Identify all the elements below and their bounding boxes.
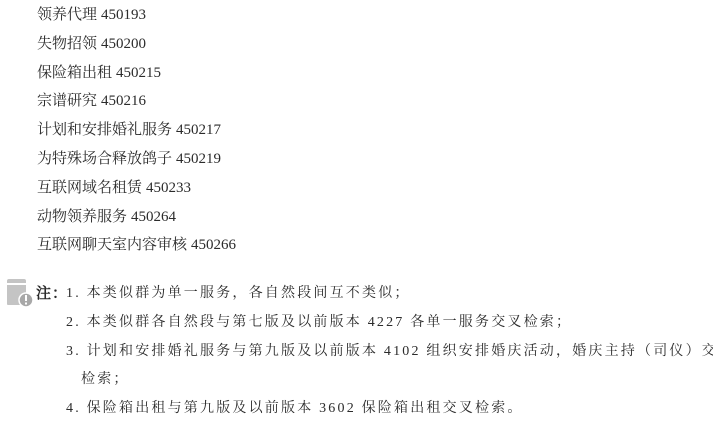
item-name: 计划和安排婚礼服务	[37, 122, 172, 138]
note-label: 注：	[36, 282, 68, 303]
item-name: 互联网域名租赁	[37, 180, 142, 196]
item-name: 失物招领	[37, 36, 97, 52]
note-line-3-continued: 检索；	[81, 370, 130, 390]
item-code: 450215	[116, 65, 161, 81]
note-line-4: 4. 保险箱出租与第九版及以前版本 3602 保险箱出租交叉检索。	[66, 399, 524, 419]
note-line-1: 1. 本类似群为单一服务，各自然段间互不类似；	[66, 284, 411, 304]
item-code: 450264	[131, 209, 176, 225]
item-code: 450200	[101, 36, 146, 52]
item-code: 450266	[191, 237, 236, 253]
service-item-list: 领养代理450193 失物招领450200 保险箱出租450215 宗谱研究45…	[37, 4, 236, 263]
list-item: 为特殊场合释放鸽子450219	[37, 148, 236, 177]
item-code: 450219	[176, 151, 221, 167]
note-line-3: 3. 计划和安排婚礼服务与第九版及以前版本 4102 组织安排婚庆活动，婚庆主持…	[66, 342, 713, 362]
list-item: 计划和安排婚礼服务450217	[37, 119, 236, 148]
item-code: 450217	[176, 122, 221, 138]
list-item: 动物领养服务450264	[37, 206, 236, 235]
note-alert-icon	[4, 278, 34, 308]
note-line-2: 2. 本类似群各自然段与第七版及以前版本 4227 各单一服务交叉检索；	[66, 313, 572, 333]
item-name: 为特殊场合释放鸽子	[37, 151, 172, 167]
list-item: 保险箱出租450215	[37, 62, 236, 91]
item-name: 互联网聊天室内容审核	[37, 237, 187, 253]
item-name: 动物领养服务	[37, 209, 127, 225]
list-item: 宗谱研究450216	[37, 90, 236, 119]
list-item: 互联网域名租赁450233	[37, 177, 236, 206]
item-name: 保险箱出租	[37, 65, 112, 81]
list-item: 领养代理450193	[37, 4, 236, 33]
item-code: 450193	[101, 7, 146, 23]
list-item: 互联网聊天室内容审核450266	[37, 234, 236, 263]
item-name: 领养代理	[37, 7, 97, 23]
item-code: 450233	[146, 180, 191, 196]
list-item: 失物招领450200	[37, 33, 236, 62]
item-code: 450216	[101, 93, 146, 109]
item-name: 宗谱研究	[37, 93, 97, 109]
